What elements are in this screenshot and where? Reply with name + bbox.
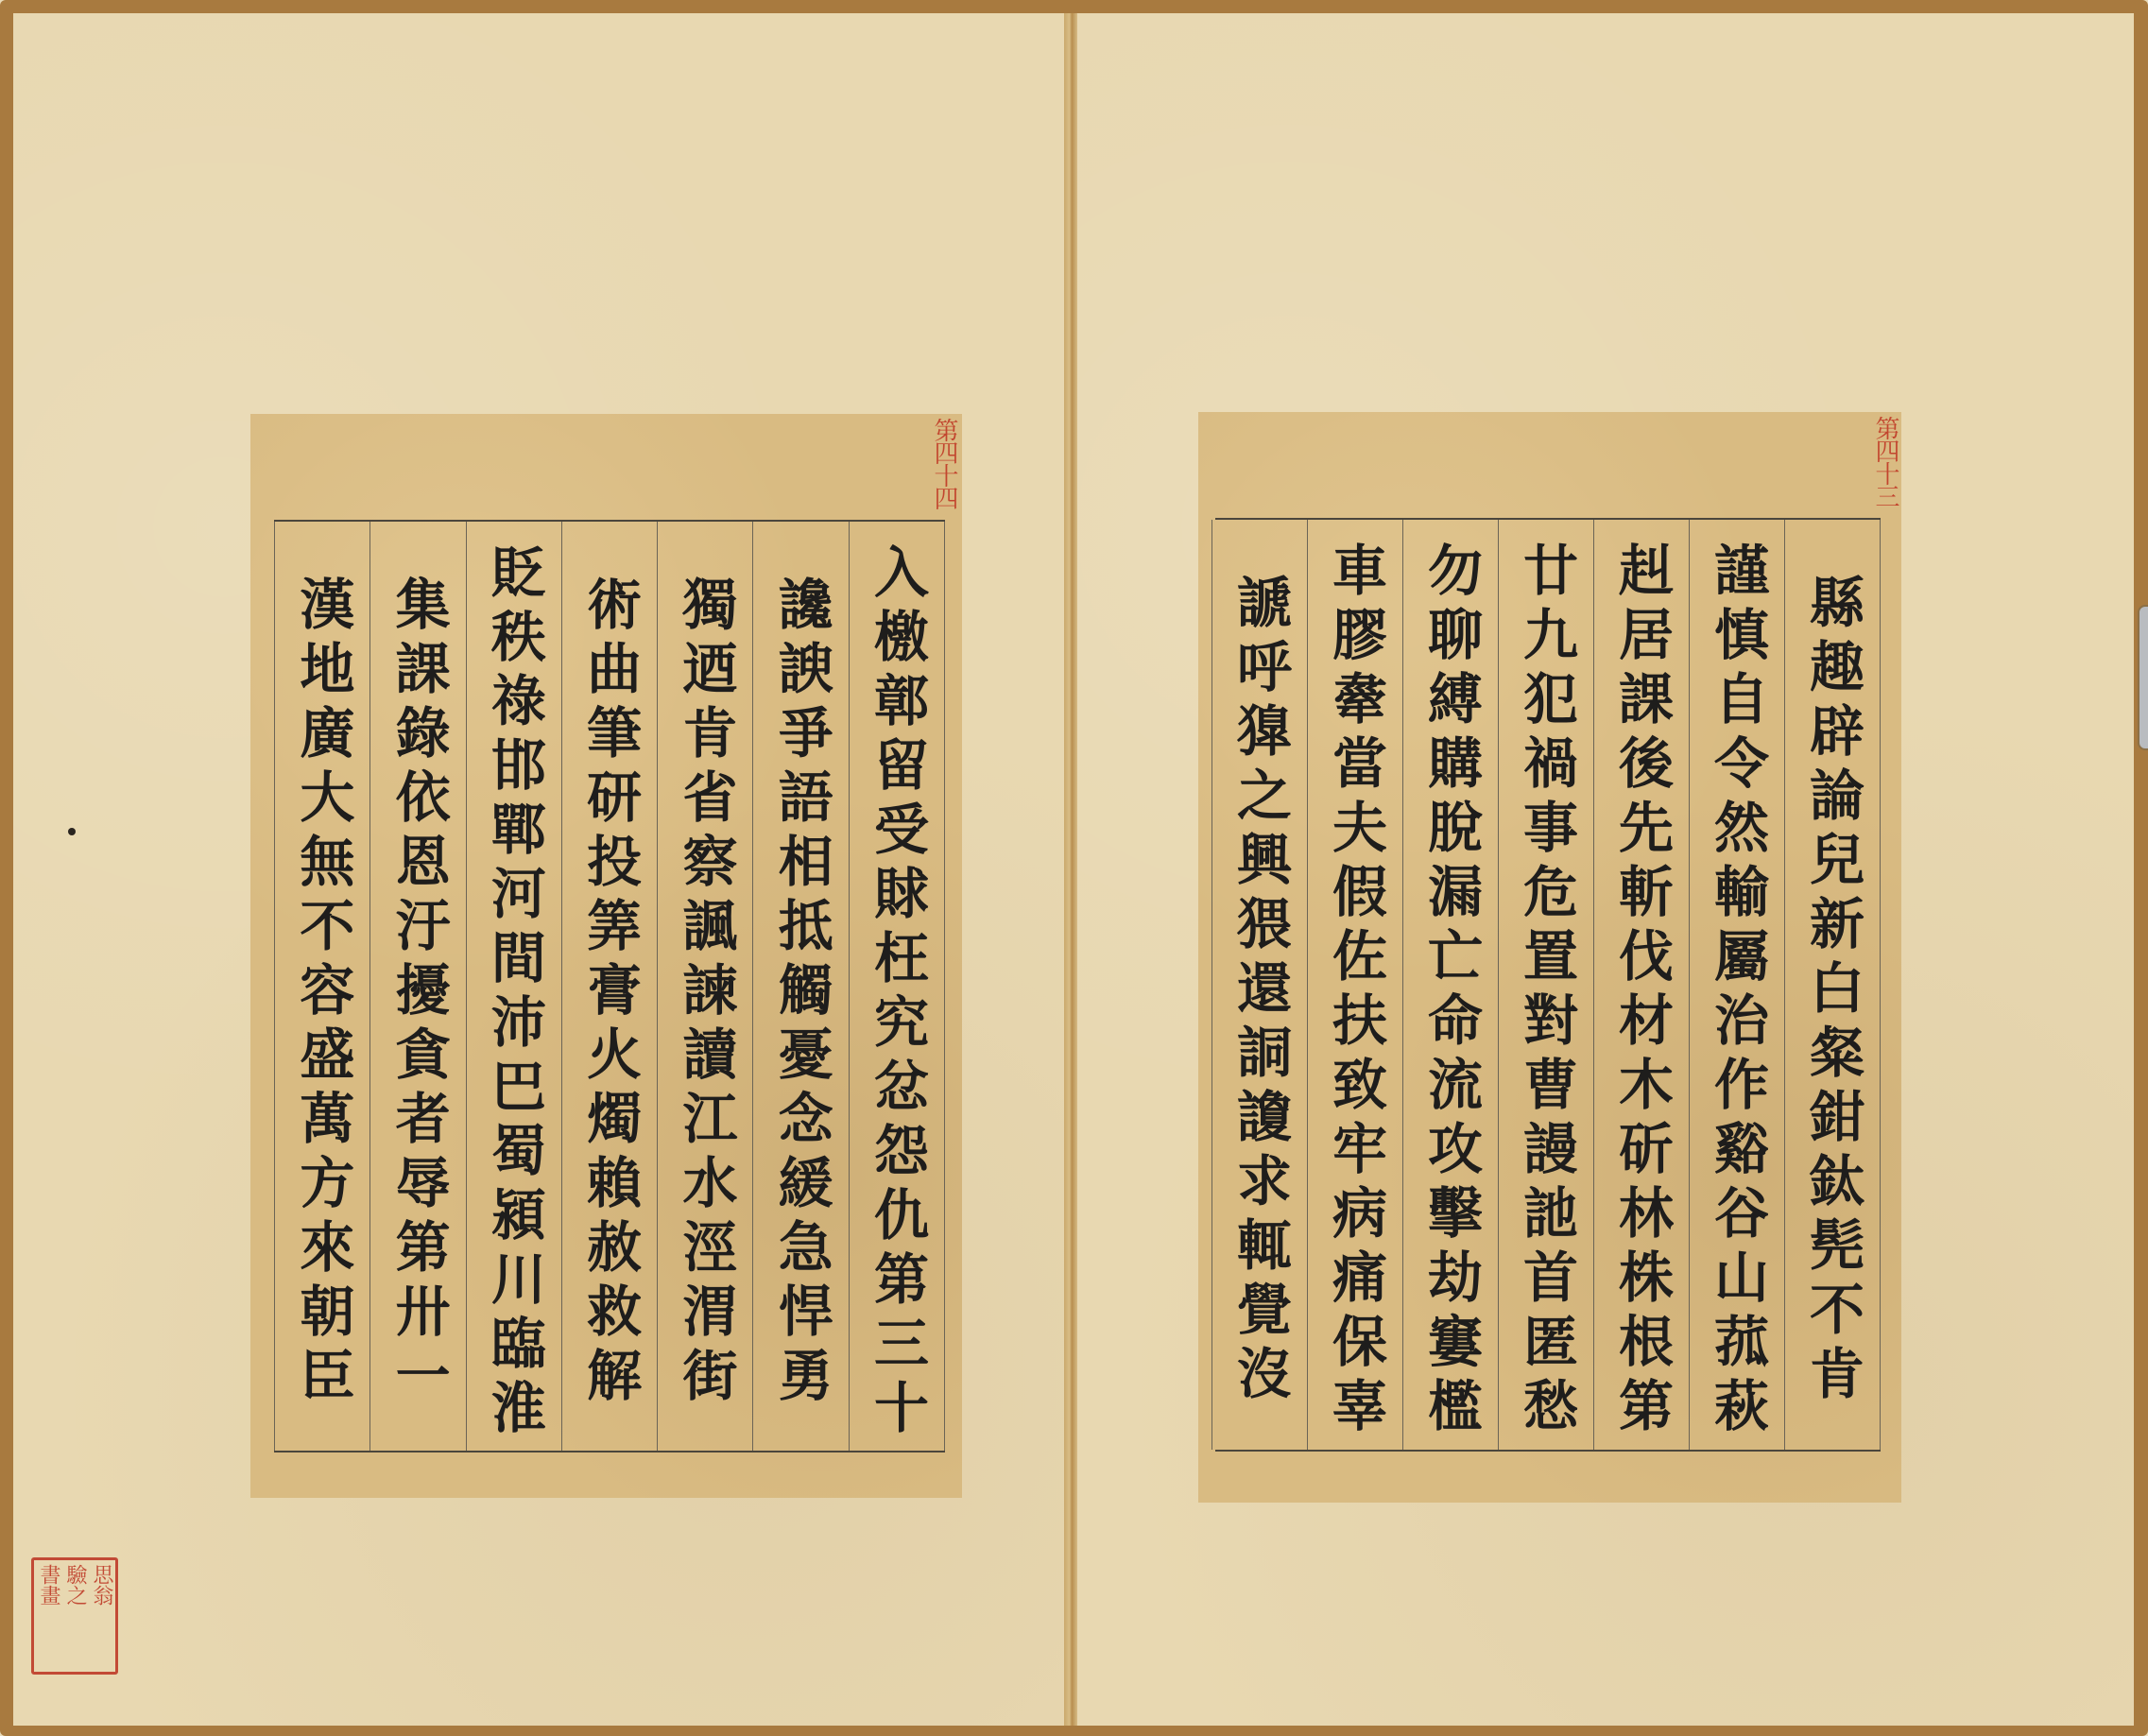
text-column: 謕呼獋之興猥還詷讂求輒覺沒 <box>1211 520 1307 1450</box>
album-spine <box>1064 13 1077 1726</box>
seal-text: 驗之 <box>62 1564 87 1668</box>
right-text-grid: 縣趣辟論兒新白粲鉗鈦髡不肯 謹慎自令然輸屬治作谿谷山菰萩 赳居課後先斬伐材木斫林… <box>1215 518 1881 1452</box>
text-column: 車膠舝當夫假佐扶致牢病痛保辜 <box>1307 520 1402 1450</box>
seal-text: 書畫 <box>36 1564 60 1668</box>
left-text-grid: 入檄鄣留受賕枉究忿怨仇第三十 讒諛爭語相抵觸憂念緩急悍勇 獨迺肯省察諷諫讀江水涇… <box>274 520 945 1452</box>
page-tab[interactable] <box>2138 605 2148 750</box>
album-frame: 第四十四 入檄鄣留受賕枉究忿怨仇第三十 讒諛爭語相抵觸憂念緩急悍勇 獨迺肯省察諷… <box>0 0 2148 1736</box>
text-column: 集課錄依恩汙擾貪者辱第卅一 <box>369 522 465 1451</box>
text-column: 術曲筆研投筭膏火燭賴赦救解 <box>561 522 657 1451</box>
seal-text: 思翁 <box>89 1564 113 1668</box>
text-column: 勿聊縛購脫漏亡命流攻擊劫窶檻 <box>1402 520 1498 1450</box>
text-column: 入檄鄣留受賕枉究忿怨仇第三十 <box>849 522 945 1451</box>
text-column: 赳居課後先斬伐材木斫林株根第 <box>1593 520 1689 1450</box>
text-column: 廿九犯禍事危置對曹謾訑首匿愁 <box>1498 520 1593 1450</box>
text-column: 謹慎自令然輸屬治作谿谷山菰萩 <box>1689 520 1784 1450</box>
left-page-number: 第四十四 <box>930 418 958 508</box>
text-column: 貶秩祿邯鄲河間沛巴蜀潁川臨淮 <box>466 522 561 1451</box>
text-column: 獨迺肯省察諷諫讀江水涇渭街 <box>657 522 752 1451</box>
text-column: 漢地廣大無不容盛萬方來朝臣 <box>274 522 369 1451</box>
left-calligraphy-panel: 第四十四 入檄鄣留受賕枉究忿怨仇第三十 讒諛爭語相抵觸憂念緩急悍勇 獨迺肯省察諷… <box>250 414 962 1498</box>
right-page-number: 第四十三 <box>1871 416 1899 507</box>
text-column: 縣趣辟論兒新白粲鉗鈦髡不肯 <box>1784 520 1881 1450</box>
ink-dot <box>68 828 76 835</box>
text-column: 讒諛爭語相抵觸憂念緩急悍勇 <box>752 522 848 1451</box>
right-calligraphy-panel: 第四十三 縣趣辟論兒新白粲鉗鈦髡不肯 謹慎自令然輸屬治作谿谷山菰萩 赳居課後先斬… <box>1198 412 1901 1503</box>
collector-seal: 思翁 驗之 書畫 <box>31 1557 118 1675</box>
